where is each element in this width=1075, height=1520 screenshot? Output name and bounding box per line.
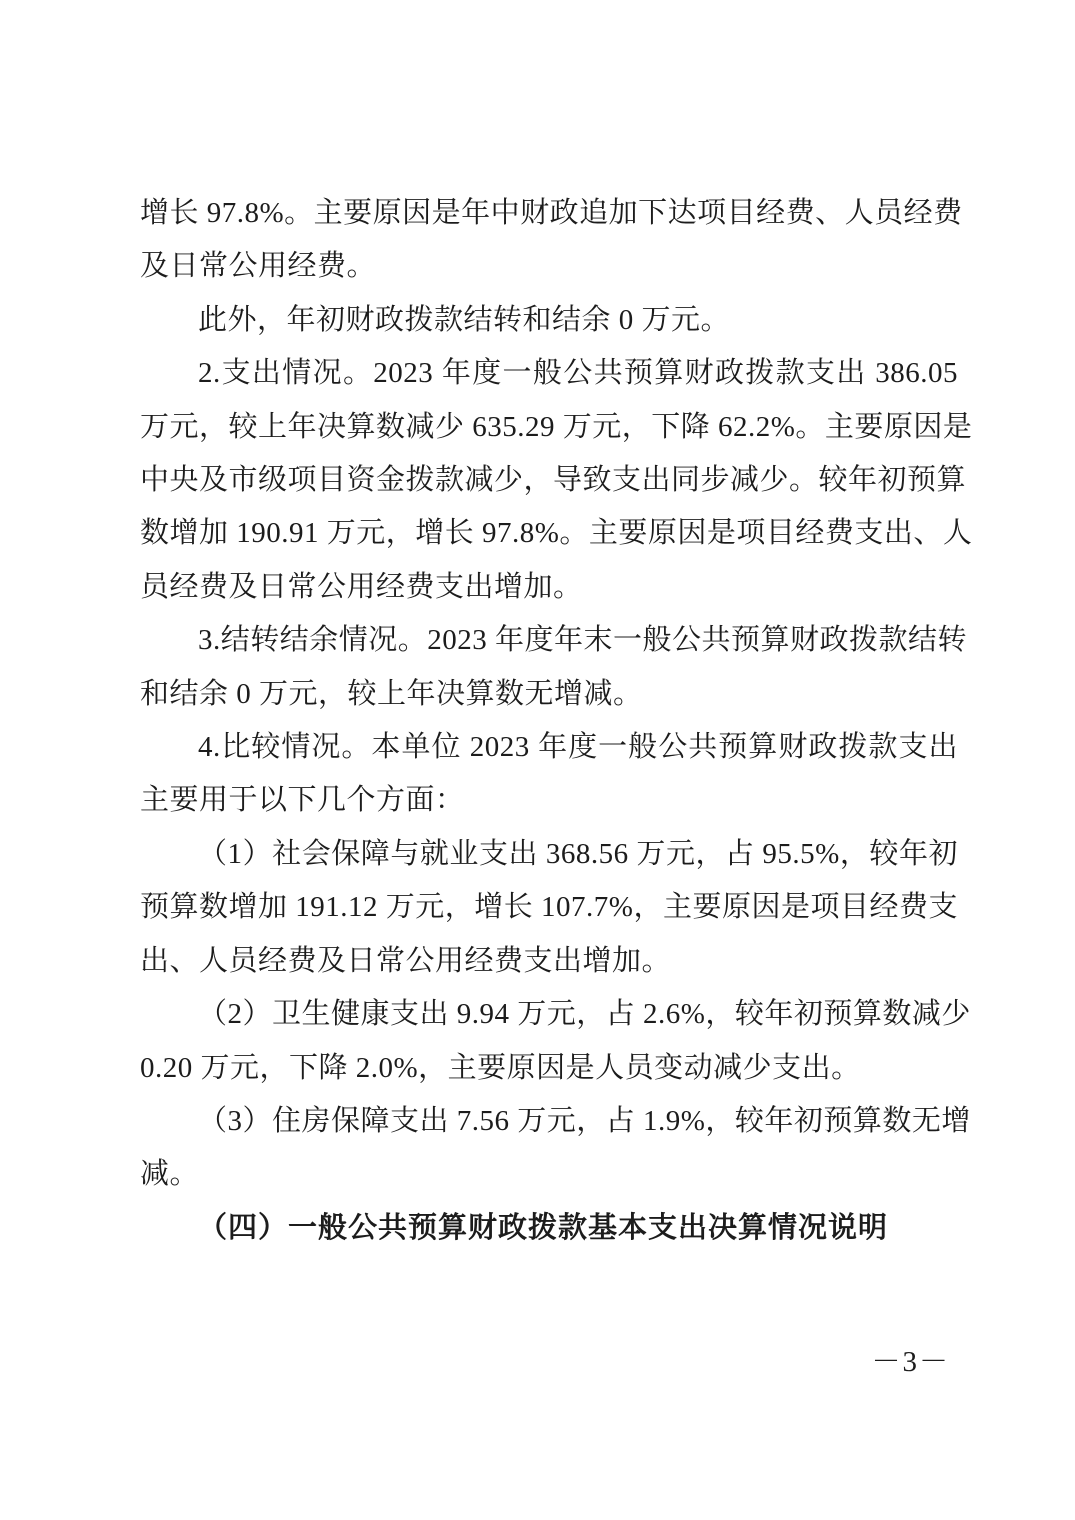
text-line: 预算数增加 191.12 万元，增长 107.7%，主要原因是项目经费支 <box>140 881 958 934</box>
text-line: 此外，年初财政拨款结转和结余 0 万元。 <box>140 294 958 347</box>
text-line: 数增加 190.91 万元，增长 97.8%。主要原因是项目经费支出、人 <box>140 507 958 560</box>
text-line: 及日常公用经费。 <box>140 240 958 293</box>
text-line: 3.结转结余情况。2023 年度年末一般公共预算财政拨款结转 <box>140 614 958 667</box>
text-line: （2）卫生健康支出 9.94 万元，占 2.6%，较年初预算数减少 <box>140 988 958 1041</box>
page-number: －3－ <box>871 1339 950 1380</box>
text-line: 4.比较情况。本单位 2023 年度一般公共预算财政拨款支出 <box>140 721 958 774</box>
text-line: 员经费及日常公用经费支出增加。 <box>140 561 958 614</box>
text-line: 万元，较上年决算数减少 635.29 万元，下降 62.2%。主要原因是 <box>140 401 958 454</box>
document-body: 增长 97.8%。主要原因是年中财政追加下达项目经费、人员经费 及日常公用经费。… <box>140 187 958 1255</box>
text-line: 减。 <box>140 1148 958 1201</box>
text-line: 增长 97.8%。主要原因是年中财政追加下达项目经费、人员经费 <box>140 187 958 240</box>
text-line: 主要用于以下几个方面： <box>140 774 958 827</box>
text-line: 中央及市级项目资金拨款减少，导致支出同步减少。较年初预算 <box>140 454 958 507</box>
text-line: 0.20 万元，下降 2.0%，主要原因是人员变动减少支出。 <box>140 1042 958 1095</box>
section-heading: （四）一般公共预算财政拨款基本支出决算情况说明 <box>140 1202 958 1255</box>
text-line: 2.支出情况。2023 年度一般公共预算财政拨款支出 386.05 <box>140 347 958 400</box>
document-page: 增长 97.8%。主要原因是年中财政追加下达项目经费、人员经费 及日常公用经费。… <box>0 0 1075 1520</box>
text-line: （1）社会保障与就业支出 368.56 万元，占 95.5%，较年初 <box>140 828 958 881</box>
text-line: 出、人员经费及日常公用经费支出增加。 <box>140 935 958 988</box>
text-line: （3）住房保障支出 7.56 万元，占 1.9%，较年初预算数无增 <box>140 1095 958 1148</box>
text-line: 和结余 0 万元，较上年决算数无增减。 <box>140 668 958 721</box>
